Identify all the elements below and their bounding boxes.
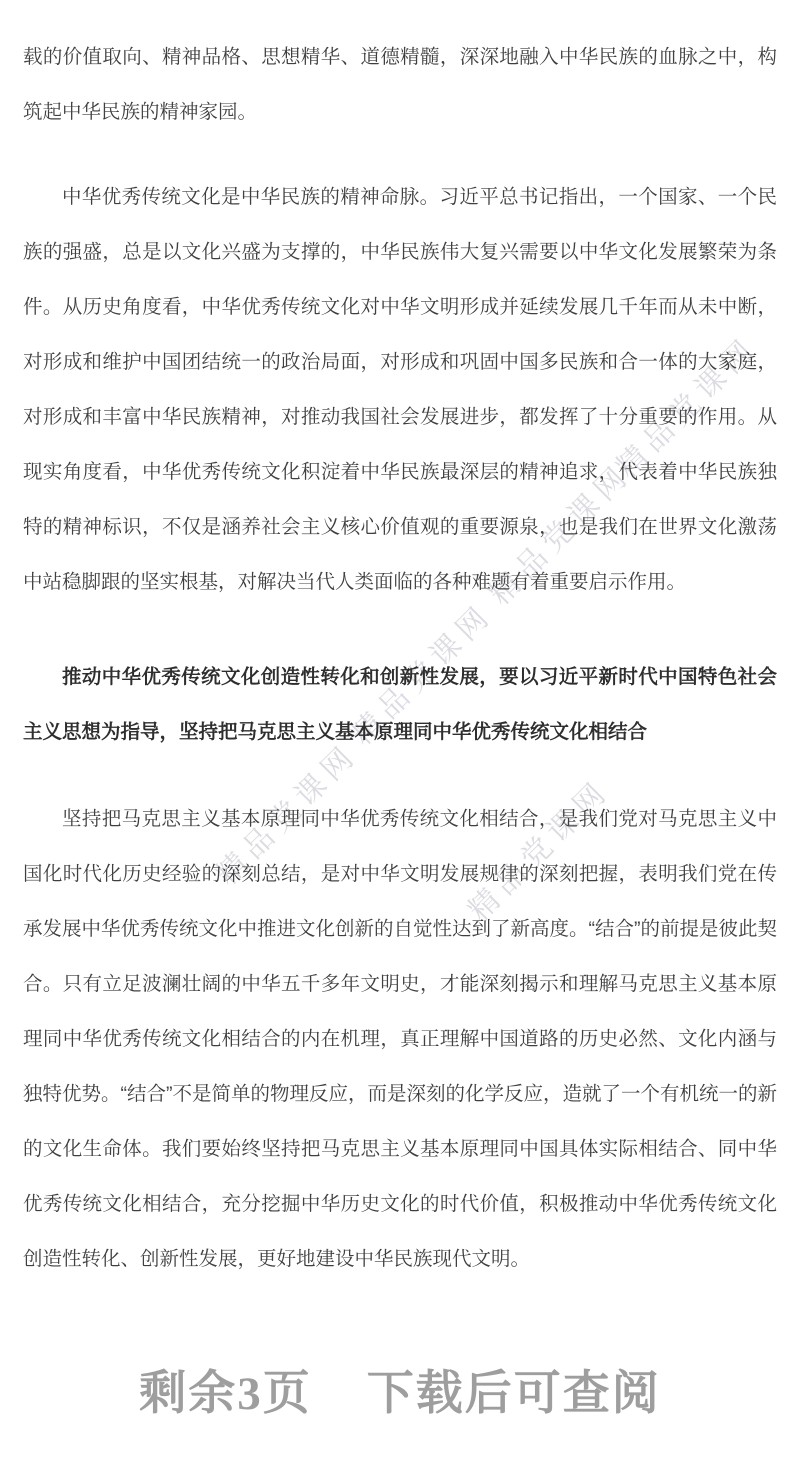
- section-heading: 推动中华优秀传统文化创造性转化和创新性发展，要以习近平新时代中国特色社会主义思想…: [23, 650, 777, 760]
- download-notice: 剩余3页 下载后可查阅: [0, 1367, 800, 1422]
- document-content: 载的价值取向、精神品格、思想精华、道德精髓，深深地融入中华民族的血脉之中，构筑起…: [0, 0, 800, 1287]
- paragraph-body-2: 坚持把马克思主义基本原理同中华优秀传统文化相结合，是我们党对马克思主义中国化时代…: [23, 792, 777, 1287]
- paragraph-body-1: 中华优秀传统文化是中华民族的精神命脉。习近平总书记指出，一个国家、一个民族的强盛…: [23, 170, 777, 610]
- document-page: 精品党课网精品党课网精品党课网精品党课网精品党课网 载的价值取向、精神品格、思想…: [0, 0, 800, 1471]
- remaining-pages-label: 剩余3页: [139, 1367, 312, 1422]
- paragraph-continuation: 载的价值取向、精神品格、思想精华、道德精髓，深深地融入中华民族的血脉之中，构筑起…: [23, 30, 777, 140]
- download-hint-label: 下载后可查阅: [367, 1367, 661, 1422]
